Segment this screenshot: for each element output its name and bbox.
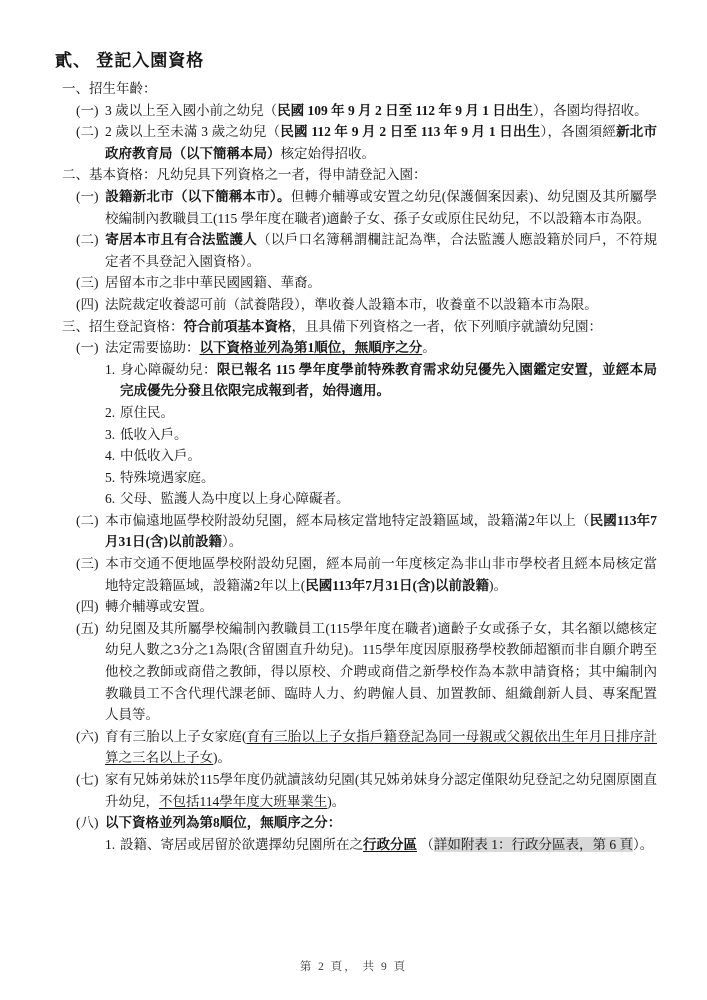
text-run: 居留本市之非中華民國國籍、華裔。 — [105, 275, 321, 290]
text-run: 以下資格並列為第1順位，無順序之分 — [200, 340, 423, 355]
paragraph: 6.父母、監護人為中度以上身心障礙者。 — [55, 488, 657, 510]
text-run: 民國113年7月31日(含)以前設籍 — [305, 578, 489, 593]
text-run: 民國 112 年 9 月 2 日至 113 年 9 月 1 日出生 — [280, 124, 540, 139]
list-label: 4. — [105, 445, 120, 467]
paragraph: 1.設籍、寄居或居留於欲選擇幼兒園所在之行政分區 （詳如附表 1：行政分區表，第… — [55, 834, 657, 856]
list-label: 三、 — [62, 319, 89, 334]
text-run: 。 — [422, 340, 436, 355]
text-run: )。 — [489, 578, 507, 593]
list-label: (三) — [76, 272, 105, 294]
text-run: 核定始得招收。 — [281, 146, 376, 161]
text-run: 寄居本市且有合法監護人 — [105, 232, 257, 247]
text-run: 原住民。 — [120, 405, 174, 420]
paragraph: (六)育有三胎以上子女家庭(育有三胎以上子女指戶籍登記為同一母親或父親依出生年月… — [55, 726, 657, 769]
text-run: 招生年齡： — [89, 81, 157, 96]
list-label: (七) — [76, 769, 105, 791]
text-run: 特殊境遇家庭。 — [120, 470, 215, 485]
paragraph: (一)法定需要協助：以下資格並列為第1順位，無順序之分。 — [55, 337, 657, 359]
text-run: )。 — [213, 750, 231, 765]
list-label: (二) — [76, 121, 105, 143]
list-label: (二) — [76, 510, 105, 532]
paragraph: (四)轉介輔導或安置。 — [55, 596, 657, 618]
document-body: 一、招生年齡：(一)3 歲以上至入國小前之幼兒（民國 109 年 9 月 2 日… — [55, 78, 657, 855]
paragraph: 4.中低收入戶。 — [55, 445, 657, 467]
paragraph: (二)寄居本市且有合法監護人（以戶口名簿稱謂欄註記為準，合法監護人應設籍於同戶，… — [55, 229, 657, 272]
paragraph: (五)幼兒園及其所屬學校編制內教職員工(115學年度在職者)適齡子女或孫子女，其… — [55, 618, 657, 726]
paragraph: (二)本市偏遠地區學校附設幼兒園，經本局核定當地特定設籍區域，設籍滿2年以上（民… — [55, 510, 657, 553]
text-run: 本市偏遠地區學校附設幼兒園，經本局核定當地特定設籍區域，設籍滿2年以上（ — [105, 513, 590, 528]
list-label: 1. — [105, 359, 120, 381]
document-page: 貳、 登記入園資格 一、招生年齡：(一)3 歲以上至入國小前之幼兒（民國 109… — [0, 0, 707, 1000]
list-label: (一) — [76, 337, 105, 359]
text-run: )。 — [327, 794, 345, 809]
list-label: (四) — [76, 294, 105, 316]
page-footer: 第 2 頁， 共 9 頁 — [0, 958, 707, 974]
text-run: 以下資格並列為第8順位，無順序之分： — [105, 815, 341, 830]
text-run: 民國 109 年 9 月 2 日至 112 年 9 月 1 日出生 — [277, 103, 533, 118]
text-run: 設籍新北市（以下簡稱本市）。 — [105, 189, 291, 204]
list-label: (八) — [76, 812, 105, 834]
list-label: (六) — [76, 726, 105, 748]
paragraph: (二)2 歲以上至未滿 3 歲之幼兒（民國 112 年 9 月 2 日至 113… — [55, 121, 657, 164]
list-label: (四) — [76, 596, 105, 618]
text-run: 招生登記資格： — [89, 319, 184, 334]
paragraph: 二、基本資格：凡幼兒具下列資格之一者，得申請登記入園： — [62, 164, 657, 186]
text-run: 育有三胎以上子女家庭( — [105, 729, 247, 744]
paragraph: (三)居留本市之非中華民國國籍、華裔。 — [55, 272, 657, 294]
list-label: (一) — [76, 100, 105, 122]
text-run: 身心障礙幼兒： — [120, 362, 217, 377]
list-label: (三) — [76, 553, 105, 575]
text-run: 中低收入戶。 — [120, 448, 201, 463]
text-run: （ — [417, 837, 434, 852]
list-label: 2. — [105, 402, 120, 424]
text-run: 詳如附表 1：行政分區表，第 6 頁 — [434, 837, 633, 852]
text-run: ）。 — [222, 534, 242, 549]
text-run: 符合前項基本資格 — [184, 319, 292, 334]
text-run: 幼兒園及其所屬學校編制內教職員工(115學年度在職者)適齡子女或孫子女，其名額以… — [105, 621, 657, 722]
text-run: 不包括114學年度大班畢業生 — [159, 794, 327, 809]
text-run: 法定需要協助： — [105, 340, 200, 355]
paragraph: (八)以下資格並列為第8順位，無順序之分： — [55, 812, 657, 834]
text-run: 設籍、寄居或居留於欲選擇幼兒園所在之 — [120, 837, 363, 852]
list-label: (二) — [76, 229, 105, 251]
list-label: 1. — [105, 834, 120, 856]
paragraph: (一)3 歲以上至入國小前之幼兒（民國 109 年 9 月 2 日至 112 年… — [55, 100, 657, 122]
list-label: 6. — [105, 488, 120, 510]
text-run: 2 歲以上至未滿 3 歲之幼兒（ — [105, 124, 280, 139]
paragraph: 5.特殊境遇家庭。 — [55, 467, 657, 489]
paragraph: 2.原住民。 — [55, 402, 657, 424]
list-label: (一) — [76, 186, 105, 208]
text-run: 法院裁定收養認可前（試養階段），準收養人設籍本市，收養童不以設籍本市為限。 — [105, 297, 598, 312]
list-label: 一、 — [62, 81, 89, 96]
list-label: (五) — [76, 618, 105, 640]
list-label: 3. — [105, 424, 120, 446]
paragraph: 3.低收入戶。 — [55, 424, 657, 446]
paragraph: 一、招生年齡： — [62, 78, 657, 100]
paragraph: (七)家有兄姊弟妹於115學年度仍就讀該幼兒園(其兄姊弟妹身分認定僅限幼兒登記之… — [55, 769, 657, 812]
text-run: 父母、監護人為中度以上身心障礙者。 — [120, 491, 350, 506]
text-run: 低收入戶。 — [120, 427, 188, 442]
paragraph: (四)法院裁定收養認可前（試養階段），準收養人設籍本市，收養童不以設籍本市為限。 — [55, 294, 657, 316]
text-run: ），各園均得招收。 — [533, 103, 648, 118]
paragraph: 三、招生登記資格：符合前項基本資格，且具備下列資格之一者，依下列順序就讀幼兒園： — [62, 316, 657, 338]
list-label: 5. — [105, 467, 120, 489]
text-run: 轉介輔導或安置。 — [105, 599, 213, 614]
text-run: ），各園須經 — [540, 124, 616, 139]
list-label: 二、 — [62, 167, 89, 182]
paragraph: 1.身心障礙幼兒：限已報名 115 學年度學前特殊教育需求幼兒優先入園鑑定安置，… — [55, 359, 657, 402]
text-run: 3 歲以上至入國小前之幼兒（ — [105, 103, 277, 118]
text-run: ，且具備下列資格之一者，依下列順序就讀幼兒園： — [292, 319, 603, 334]
document-title: 貳、 登記入園資格 — [55, 46, 657, 71]
text-run: 基本資格：凡幼兒具下列資格之一者，得申請登記入園： — [89, 167, 427, 182]
text-run: 行政分區 — [363, 837, 417, 852]
text-run: ）。 — [633, 837, 653, 852]
paragraph: (一)設籍新北市（以下簡稱本市）。但轉介輔導或安置之幼兒(保護個案因素)、幼兒園… — [55, 186, 657, 229]
paragraph: (三)本市交通不便地區學校附設幼兒園，經本局前一年度核定為非山非市學校者且經本局… — [55, 553, 657, 596]
